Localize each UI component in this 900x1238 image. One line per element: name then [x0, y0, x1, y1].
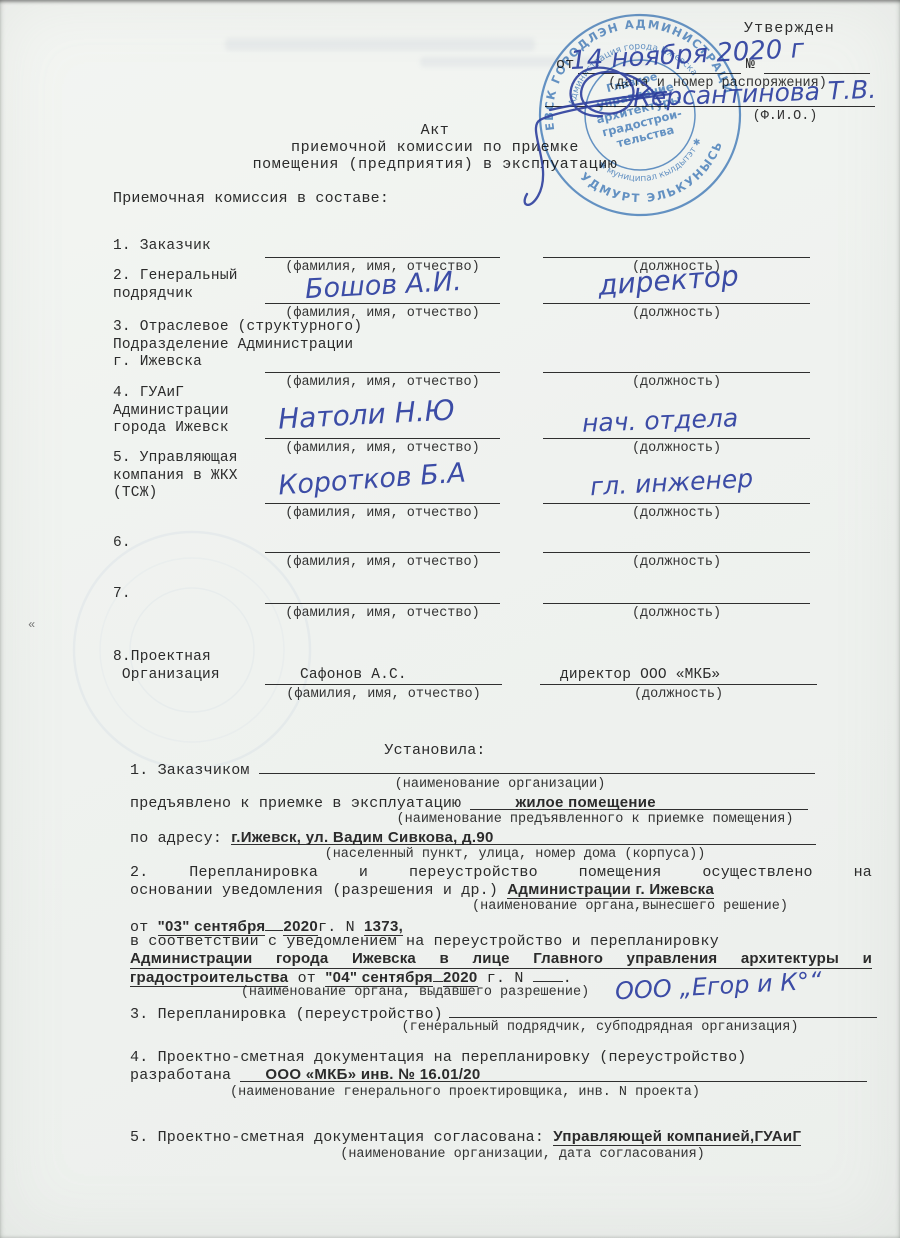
member-position-caption: (должность)	[543, 306, 810, 322]
member-label: 4. ГУАиГ Администрации города Ижевск	[113, 385, 229, 438]
member-position-typed: директор ООО «МКБ»	[560, 667, 720, 685]
underline-gap	[433, 967, 443, 982]
member-fio-handwritten: Коротков Б.А	[277, 457, 467, 501]
member-fio-line	[265, 257, 500, 258]
number-line	[764, 73, 870, 74]
premises-underlined: жилое помещение	[470, 794, 808, 810]
permit-authority-caption: (наименование органа, выдавшего разрешен…	[240, 985, 590, 1001]
notification-basis-line: основании уведомления (разрешения и др.)…	[130, 881, 714, 900]
administration-line: Администрации города Ижевска в лице Глав…	[130, 950, 872, 969]
member-fio-handwritten: Натоли Н.Ю	[277, 393, 455, 435]
member-position-line	[543, 603, 810, 604]
developed-by-line: разработана ООО «МКБ» инв. № 16.01/20	[130, 1066, 867, 1085]
scanned-act-document: « Утвержден от № (дата и номер распоряже…	[0, 0, 900, 1238]
approved-docs-prefix: 5. Проектно-сметная документация согласо…	[130, 1129, 553, 1146]
address-caption: (населенный пункт, улица, номер дома (ко…	[320, 847, 710, 863]
member-position-caption: (должность)	[543, 441, 810, 457]
approved-docs-line: 5. Проектно-сметная документация согласо…	[130, 1128, 801, 1147]
faint-stamp-impression	[62, 520, 322, 780]
member-position-handwritten: гл. инженер	[589, 464, 753, 501]
organization-caption: (наименование организации)	[390, 777, 610, 793]
member-position-line	[543, 372, 810, 373]
approved-docs-value: Управляющей компанией,ГУАиГ	[553, 1128, 801, 1146]
premises-value: жилое помещение	[515, 794, 655, 811]
address-prefix: по адресу:	[130, 830, 231, 847]
developer-value: ООО «МКБ» инв. № 16.01/20	[265, 1066, 480, 1083]
member-position-caption: (должность)	[543, 606, 810, 622]
documentation-line: 4. Проектно-сметная документация на пере…	[130, 1049, 747, 1067]
premises-caption: (наименование предъявленного к приемке п…	[380, 812, 810, 828]
authority-caption: (наименование органа,вынесшего решение)	[470, 899, 790, 915]
member-position-handwritten: нач. отдела	[582, 403, 739, 437]
underline-gap	[265, 916, 283, 931]
member-fio-caption: (фамилия, имя, отчество)	[265, 375, 500, 391]
address-value: г.Ижевск, ул. Вадим Сивкова, д.90	[231, 829, 493, 846]
member-label: 5. Управляющая компания в ЖКХ (ТСЖ)	[113, 450, 238, 503]
member-position-caption: (должность)	[540, 687, 817, 703]
member-fio-line	[265, 503, 500, 504]
member-position-line	[543, 303, 810, 304]
bleedthrough-smudge	[225, 38, 535, 51]
member-position-line	[543, 438, 810, 439]
premises-prefix: предъявлено к приемке в эксплуатацию	[130, 795, 470, 812]
contractor-prefix: 3. Перепланировка (переустройство)	[130, 1006, 443, 1023]
member-fio-caption: (фамилия, имя, отчество)	[265, 441, 500, 457]
scan-speck: «	[28, 618, 35, 632]
signature	[492, 50, 682, 220]
contractor-caption: (генеральный подрядчик, субподрядная орг…	[400, 1020, 800, 1036]
contractor-handwritten: ООО „Егор и К°“	[614, 967, 822, 1006]
member-label: 2. Генеральный подрядчик	[113, 268, 238, 303]
member-label: 3. Отраслевое (структурного) Подразделен…	[113, 319, 362, 372]
member-fio-line	[265, 372, 500, 373]
authority-value: Администрации г. Ижевска	[507, 881, 714, 899]
notification-prefix: основании уведомления (разрешения и др.)	[130, 882, 507, 899]
customer-blank-line	[259, 759, 815, 774]
member-position-caption: (должность)	[543, 375, 810, 391]
member-position-caption: (должность)	[543, 506, 810, 522]
contractor-blank-line	[449, 1002, 877, 1018]
member-position-line	[543, 503, 810, 504]
address-line: по адресу: г.Ижевск, ул. Вадим Сивкова, …	[130, 829, 816, 848]
number-blank	[533, 967, 563, 982]
address-underlined: г.Ижевск, ул. Вадим Сивкова, д.90	[231, 829, 816, 845]
member-fio-line	[265, 438, 500, 439]
member-fio-line	[265, 303, 500, 304]
member-position-caption: (должность)	[543, 555, 810, 571]
member-label: 1. Заказчик	[113, 238, 211, 256]
approval-caption: (наименование организации, дата согласов…	[340, 1147, 705, 1163]
premises-line: предъявлено к приемке в эксплуатацию жил…	[130, 794, 808, 813]
developed-prefix: разработана	[130, 1067, 240, 1084]
commission-intro: Приемочная комиссия в составе:	[113, 190, 389, 208]
member-position-line	[543, 257, 810, 258]
member-position-line	[543, 552, 810, 553]
accordance-line: в соответствии с уведомлением на переуст…	[130, 933, 719, 951]
replanning-statement-line: 2. Перепланировка и переустройство помещ…	[130, 864, 872, 882]
developer-underlined: ООО «МКБ» инв. № 16.01/20	[240, 1066, 867, 1082]
designer-caption: (наименование генерального проектировщик…	[230, 1085, 700, 1101]
